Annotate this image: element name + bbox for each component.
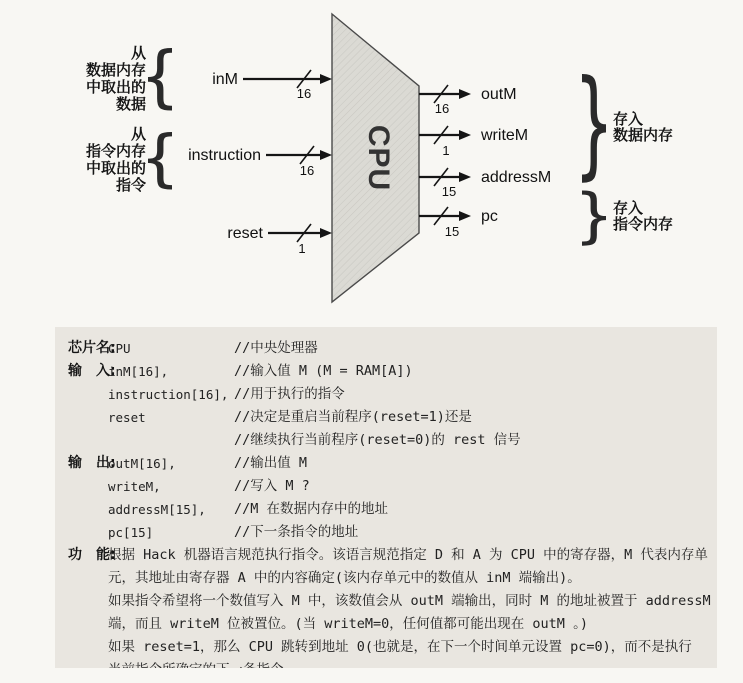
spec-row-input-reset-cont: //继续执行当前程序(reset=0)的 rest 信号 — [55, 429, 717, 452]
arrowhead-icon — [320, 150, 332, 160]
brace-right-data-icon: } — [572, 54, 617, 191]
spec-row-input-inM: 输 入: inM[16], //输入值 M (M = RAM[A]) — [55, 360, 717, 383]
spec-field-label: 芯片名: — [68, 337, 108, 360]
annotation-to-instruction-memory: 存入 指令内存 — [613, 201, 673, 233]
spec-value: pc[15] — [108, 521, 234, 544]
chip-spec-box: 芯片名: CPU //中央处理器 输 入: inM[16], //输入值 M (… — [55, 327, 717, 668]
signal-label: addressM — [481, 169, 551, 186]
spec-function-line: 端，而且 writeM 位被置位。(当 writeM=0，任何值都可能出现在 o… — [108, 613, 717, 636]
arrowhead-icon — [459, 89, 471, 99]
spec-function-description: 根据 Hack 机器语言规范执行指令。该语言规范指定 D 和 A 为 CPU 中… — [108, 544, 717, 668]
signal-label: outM — [481, 86, 517, 103]
bus-width: 1 — [442, 143, 449, 158]
spec-value: addressM[15], — [108, 498, 234, 521]
spec-field-label: 输 入: — [68, 360, 108, 383]
spec-row-output-addressM: addressM[15], //M 在数据内存中的地址 — [55, 498, 717, 521]
spec-comment: //M 在数据内存中的地址 — [234, 498, 388, 521]
page: CPU inM 16 instruction 16 reset 1 — [0, 0, 743, 683]
arrowhead-icon — [459, 172, 471, 182]
annotation-to-data-memory: 存入 数据内存 — [613, 112, 673, 144]
spec-comment: //决定是重启当前程序(reset=1)还是 — [234, 406, 472, 429]
spec-field-label — [68, 429, 108, 452]
spec-comment: //输入值 M (M = RAM[A]) — [234, 360, 413, 383]
arrowhead-icon — [320, 228, 332, 238]
bus-width: 16 — [300, 163, 314, 178]
spec-field-label — [68, 383, 108, 406]
spec-field-label — [68, 406, 108, 429]
spec-field-label: 输 出: — [68, 452, 108, 475]
signal-label: inM — [212, 71, 238, 88]
spec-field-label — [68, 498, 108, 521]
signal-label: writeM — [480, 127, 528, 144]
spec-value: inM[16], — [108, 360, 234, 383]
spec-value: CPU — [108, 337, 234, 360]
bus-width: 15 — [442, 184, 456, 199]
spec-function-line: 如果指令希望将一个数值写入 M 中，该数值会从 outM 端输出，同时 M 的地… — [108, 590, 717, 613]
bus-width: 16 — [297, 86, 311, 101]
bus-width: 1 — [298, 241, 305, 256]
spec-function-line: 元，其地址由寄存器 A 中的内容确定(该内存单元中的数值从 inM 端输出)。 — [108, 567, 717, 590]
spec-value: instruction[16], — [108, 383, 234, 406]
spec-value: outM[16], — [108, 452, 234, 475]
spec-field-label — [68, 475, 108, 498]
arrowhead-icon — [459, 130, 471, 140]
input-signal-instruction: instruction 16 — [188, 146, 332, 178]
signal-label: pc — [481, 208, 498, 225]
spec-row-output-pc: pc[15] //下一条指令的地址 — [55, 521, 717, 544]
spec-comment: //继续执行当前程序(reset=0)的 rest 信号 — [234, 429, 521, 452]
spec-row-input-instruction: instruction[16], //用于执行的指令 — [55, 383, 717, 406]
bus-width: 15 — [445, 224, 459, 239]
spec-comment: //输出值 M — [234, 452, 307, 475]
spec-value — [108, 429, 234, 452]
arrowhead-icon — [459, 211, 471, 221]
brace-right-instruction-icon: } — [572, 181, 617, 251]
input-signal-reset: reset 1 — [227, 224, 332, 256]
spec-row-chip-name: 芯片名: CPU //中央处理器 — [55, 337, 717, 360]
spec-value: writeM, — [108, 475, 234, 498]
spec-comment: //下一条指令的地址 — [234, 521, 358, 544]
spec-comment: //中央处理器 — [234, 337, 318, 360]
spec-row-function: 功 能: 根据 Hack 机器语言规范执行指令。该语言规范指定 D 和 A 为 … — [55, 544, 717, 668]
svg-text:}: } — [572, 54, 617, 191]
spec-row-output-writeM: writeM, //写入 M ? — [55, 475, 717, 498]
cpu-chip-label: CPU — [362, 125, 395, 191]
annotation-from-instruction-memory: 从 指令内存 中取出的 指令 — [54, 126, 146, 194]
spec-row-output-outM: 输 出: outM[16], //输出值 M — [55, 452, 717, 475]
arrowhead-icon — [320, 74, 332, 84]
bus-width: 16 — [435, 101, 449, 116]
spec-comment: //用于执行的指令 — [234, 383, 345, 406]
output-signal-outM: 16 outM — [419, 85, 517, 116]
signal-label: reset — [227, 225, 263, 242]
spec-function-line: 当前指令所确定的下一条指令。 — [108, 659, 717, 668]
output-signal-pc: 15 pc — [419, 207, 498, 239]
annotation-from-data-memory: 从 数据内存 中取出的 数据 — [54, 45, 146, 113]
spec-row-input-reset: reset //决定是重启当前程序(reset=1)还是 — [55, 406, 717, 429]
spec-function-line: 根据 Hack 机器语言规范执行指令。该语言规范指定 D 和 A 为 CPU 中… — [108, 544, 717, 567]
spec-function-line: 如果 reset=1，那么 CPU 跳转到地址 0(也就是，在下一个时间单元设置… — [108, 636, 717, 659]
signal-label: instruction — [188, 147, 261, 164]
spec-field-label — [68, 521, 108, 544]
spec-field-label: 功 能: — [68, 544, 108, 668]
svg-text:}: } — [572, 181, 617, 251]
output-signal-addressM: 15 addressM — [419, 168, 551, 199]
spec-value: reset — [108, 406, 234, 429]
spec-comment: //写入 M ? — [234, 475, 310, 498]
output-signal-writeM: 1 writeM — [419, 126, 528, 158]
input-signal-inM: inM 16 — [212, 70, 332, 101]
